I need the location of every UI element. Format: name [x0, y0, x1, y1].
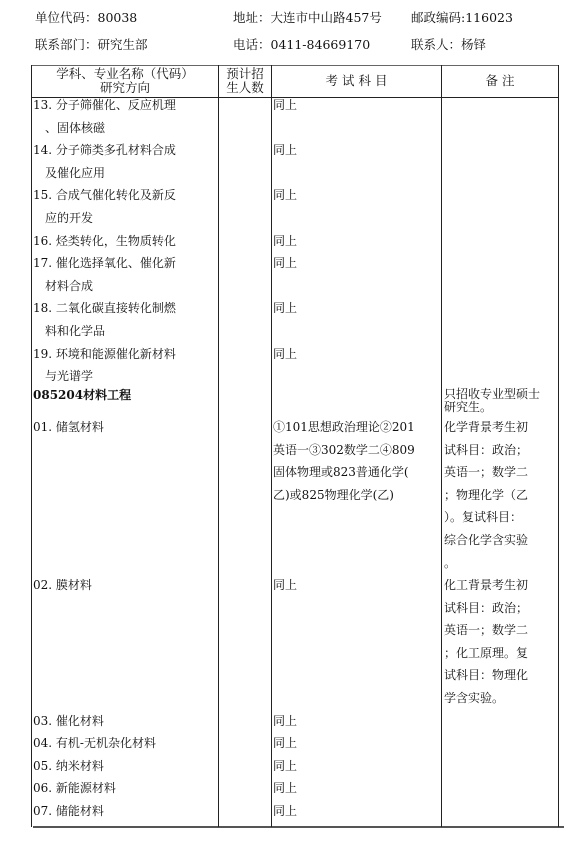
exam-subjects: 同上	[273, 297, 297, 320]
column-header-exam: 考 试 科 目	[272, 74, 441, 88]
exam-subjects: 同上	[273, 184, 297, 207]
direction-name-cont: 、固体核磁	[33, 117, 176, 140]
contact-person: 联系人：杨铎	[411, 35, 486, 53]
column-header-name-line1: 学科、专业名称（代码）	[32, 67, 218, 81]
remark-line: ；物理化学（乙	[444, 484, 528, 507]
table-row-13: 13. 分子筛催化、反应机理 、固体核磁 14. 分子筛类多孔材料合成 及催化应…	[33, 94, 176, 388]
exam-subjects-04: 同上	[273, 732, 297, 755]
column-header-name-line2: 研究方向	[32, 81, 218, 95]
direction-04: 04. 有机-无机杂化材料	[33, 732, 156, 755]
direction-name: 15. 合成气催化转化及新反	[33, 184, 176, 207]
exam-subjects: 同上	[273, 230, 297, 253]
remark-line: 综合化学含实验	[444, 529, 528, 552]
exam-column-section1: 同上 同上 同上 同上 同上 同上 同上	[273, 94, 297, 365]
direction-name: 18. 二氧化碳直接转化制燃	[33, 297, 176, 320]
remark-02: 化工背景考生初 试科目：政治； 英语一；数学二 ；化工原理。复 试科目：物理化 …	[444, 574, 528, 710]
remark-line: 。	[444, 552, 528, 575]
direction-name-cont: 材料合成	[33, 275, 176, 298]
column-header-quota: 预计招 生人数	[219, 67, 271, 95]
exam-line: 固体物理或823普通化学(	[273, 461, 415, 484]
exam-subjects-07: 同上	[273, 800, 297, 823]
major-name: 085204材料工程	[33, 384, 131, 407]
remark-line: 学含实验。	[444, 687, 528, 710]
contact-department: 联系部门：研究生部	[35, 35, 148, 53]
remark-line: 英语一；数学二	[444, 619, 528, 642]
direction-name: 17. 催化选择氧化、催化新	[33, 252, 176, 275]
direction-07: 07. 储能材料	[33, 800, 104, 823]
remark-line: 试科目：物理化	[444, 664, 528, 687]
unit-code: 单位代码：80038	[35, 8, 137, 26]
major-remark: 只招收专业型硕士 研究生。	[444, 388, 540, 414]
exam-line: 英语一③302数学二④809	[273, 439, 415, 462]
remark-01: 化学背景考生初 试科目：政治； 英语一；数学二 ；物理化学（乙 ）。复试科目： …	[444, 416, 528, 574]
column-header-name: 学科、专业名称（代码） 研究方向	[32, 67, 218, 95]
column-header-quota-line1: 预计招	[219, 67, 271, 81]
exam-subjects-01: ①101思想政治理论②201 英语一③302数学二④809 固体物理或823普通…	[273, 416, 415, 506]
remark-line: ）。复试科目：	[444, 506, 528, 529]
direction-name-cont: 及催化应用	[33, 162, 176, 185]
direction-name: 16. 烃类转化，生物质转化	[33, 230, 176, 253]
direction-name: 13. 分子筛催化、反应机理	[33, 94, 176, 117]
postcode: 邮政编码:116023	[411, 8, 513, 26]
address: 地址：大连市中山路457号	[233, 8, 382, 26]
direction-05: 05. 纳米材料	[33, 755, 104, 778]
direction-name-cont: 料和化学品	[33, 320, 176, 343]
column-header-quota-line2: 生人数	[219, 81, 271, 95]
direction-name: 19. 环境和能源催化新材料	[33, 343, 176, 366]
exam-subjects: 同上	[273, 139, 297, 162]
exam-subjects-05: 同上	[273, 755, 297, 778]
direction-02: 02. 膜材料	[33, 574, 92, 597]
remark-line: 化学背景考生初	[444, 416, 528, 439]
column-header-remark: 备 注	[442, 74, 558, 88]
exam-subjects: 同上	[273, 252, 297, 275]
remark-line: 英语一；数学二	[444, 461, 528, 484]
exam-subjects-03: 同上	[273, 710, 297, 733]
direction-03: 03. 催化材料	[33, 710, 104, 733]
exam-subjects-02: 同上	[273, 574, 297, 597]
exam-line: 乙)或825物理化学(乙)	[273, 484, 415, 507]
exam-line: ①101思想政治理论②201	[273, 416, 415, 439]
exam-subjects: 同上	[273, 343, 297, 366]
direction-06: 06. 新能源材料	[33, 777, 116, 800]
direction-01: 01. 储氢材料	[33, 416, 104, 439]
direction-name-cont: 应的开发	[33, 207, 176, 230]
remark-line: 试科目：政治；	[444, 439, 528, 462]
phone: 电话：0411-84669170	[233, 35, 370, 53]
direction-name: 14. 分子筛类多孔材料合成	[33, 139, 176, 162]
major-remark-line: 研究生。	[444, 401, 540, 414]
remark-line: 试科目：政治；	[444, 597, 528, 620]
remark-line: ；化工原理。复	[444, 642, 528, 665]
exam-subjects-06: 同上	[273, 777, 297, 800]
exam-subjects: 同上	[273, 94, 297, 117]
remark-line: 化工背景考生初	[444, 574, 528, 597]
